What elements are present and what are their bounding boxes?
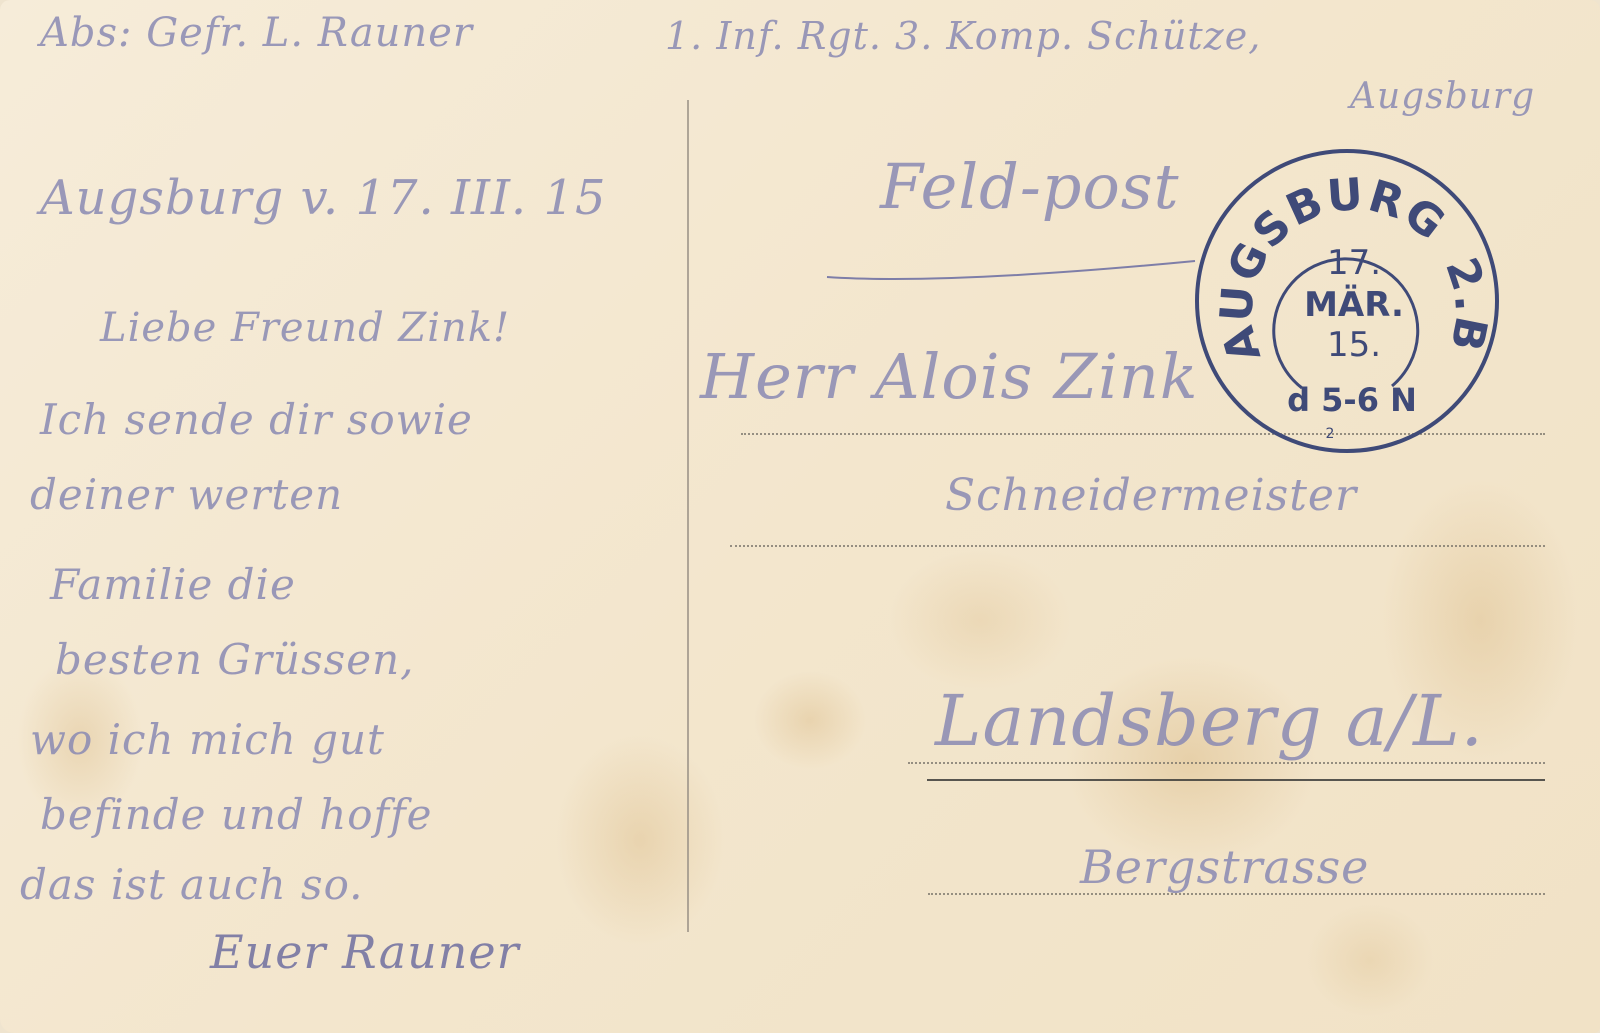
postmark-number: 2	[1326, 426, 1335, 442]
recipient-name: Herr Alois Zink	[700, 340, 1198, 413]
date-line: Augsburg v. 17. III. 15	[40, 170, 607, 226]
message-line: deiner werten	[30, 470, 343, 519]
center-divider	[687, 100, 689, 932]
message-line: Familie die	[50, 560, 296, 609]
message-line: wo ich mich gut	[30, 715, 385, 764]
postmark-stamp: AUGSBURG 2.B.P. 17. MÄR. 15. d 5-6 N 2	[1192, 146, 1512, 470]
message-line: Ich sende dir sowie	[40, 395, 473, 444]
postmark-month: MÄR.	[1304, 284, 1404, 325]
message-line: befinde und hoffe	[40, 790, 432, 839]
feldpost-underline	[825, 255, 1205, 285]
sender-line-2: 1. Inf. Rgt. 3. Komp. Schütze,	[665, 14, 1261, 58]
postmark-time: d 5-6 N	[1287, 381, 1417, 419]
recipient-occupation: Schneidermeister	[945, 470, 1357, 521]
recipient-city: Landsberg a/L.	[935, 680, 1484, 762]
signature: Euer Rauner	[210, 925, 520, 979]
greeting: Liebe Freund Zink!	[100, 305, 510, 351]
city-underline	[927, 779, 1545, 781]
message-line: das ist auch so.	[20, 860, 364, 909]
message-line: besten Grüssen,	[55, 635, 414, 684]
sender-line-1: Abs: Gefr. L. Rauner	[40, 10, 473, 56]
sender-line-3: Augsburg	[1350, 76, 1535, 117]
postmark-day: 17.	[1327, 243, 1381, 283]
address-line-3	[908, 762, 1545, 764]
address-line-2	[730, 545, 1545, 547]
postcard: Abs: Gefr. L. Rauner 1. Inf. Rgt. 3. Kom…	[0, 0, 1600, 1033]
feldpost-header: Feld-post	[880, 150, 1180, 223]
recipient-street: Bergstrasse	[1080, 840, 1369, 894]
address-line-4	[928, 893, 1545, 895]
postmark-year: 15.	[1327, 325, 1381, 365]
